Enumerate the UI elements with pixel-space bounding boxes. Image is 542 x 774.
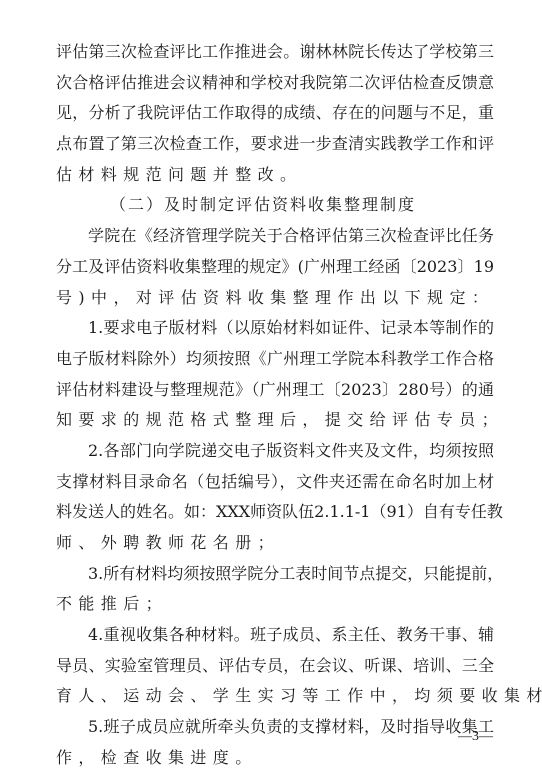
text-line: 导员、实验室管理员、评估专员，在会议、听课、培训、三全: [56, 651, 494, 682]
text-line: 点布置了第三次检查工作，要求进一步查清实践教学工作和评: [56, 129, 494, 160]
paragraph-meeting-summary: 评估第三次检查评比工作推进会。谢林林院长传达了学校第三 次合格评估推进会议精神和…: [56, 37, 494, 190]
paragraph-regulation-intro: 学院在《经济管理学院关于合格评估第三次检查评比任务 分工及评估资料收集整理的规定…: [56, 221, 494, 313]
text-line: 评估材料建设与整理规范》（广州理工〔2023〕280号）的通: [56, 375, 494, 406]
list-item-2: 2.各部门向学院递交电子版资料文件夹及文件，均须按照 支撑材料目录命名（包括编号…: [56, 436, 494, 559]
text-line: 见，分析了我院评估工作取得的成绩、存在的问题与不足，重: [56, 98, 494, 129]
text-line: 5.班子成员应就所牵头负责的支撑材料，及时指导收集工: [56, 712, 494, 743]
text-line: 4.重视收集各种材料。班子成员、系主任、教务干事、辅: [56, 620, 494, 651]
text-line: 次合格评估推进会议精神和学校对我院第二次评估检查反馈意: [56, 68, 494, 99]
text-line: 分工及评估资料收集整理的规定》(广州理工经函〔2023〕19: [56, 252, 494, 283]
text-line: 不能推后；: [56, 589, 494, 620]
text-line: 号)中，对评估资料收集整理作出以下规定：: [56, 283, 494, 314]
text-line: 1.要求电子版材料（以原始材料如证件、记录本等制作的: [56, 313, 494, 344]
text-line: 评估第三次检查评比工作推进会。谢林林院长传达了学校第三: [56, 37, 494, 68]
list-item-5: 5.班子成员应就所牵头负责的支撑材料，及时指导收集工 作，检查收集进度。: [56, 712, 494, 773]
text-line: 作，检查收集进度。: [56, 743, 494, 774]
text-line: 师、外聘教师花名册；: [56, 528, 494, 559]
text-line: 料发送人的姓名。如：XXX师资队伍2.1.1-1（91）自有专任教: [56, 497, 494, 528]
text-line: 电子版材料除外）均须按照《广州理工学院本科教学工作合格: [56, 344, 494, 375]
text-line: 知要求的规范格式整理后，提交给评估专员；: [56, 405, 494, 436]
page-content: 评估第三次检查评比工作推进会。谢林林院长传达了学校第三 次合格评估推进会议精神和…: [56, 37, 494, 774]
document-page: 评估第三次检查评比工作推进会。谢林林院长传达了学校第三 次合格评估推进会议精神和…: [0, 0, 542, 774]
page-number: —3—: [458, 729, 493, 745]
text-line: 支撑材料目录命名（包括编号），文件夹还需在命名时加上材: [56, 467, 494, 498]
text-line: 育人、运动会、学生实习等工作中，均须要收集材料；: [56, 681, 494, 712]
text-line: 学院在《经济管理学院关于合格评估第三次检查评比任务: [56, 221, 494, 252]
list-item-1: 1.要求电子版材料（以原始材料如证件、记录本等制作的 电子版材料除外）均须按照《…: [56, 313, 494, 436]
text-line: 3.所有材料均须按照学院分工表时间节点提交，只能提前，: [56, 559, 494, 590]
list-item-4: 4.重视收集各种材料。班子成员、系主任、教务干事、辅 导员、实验室管理员、评估专…: [56, 620, 494, 712]
section-heading: （二）及时制定评估资料收集整理制度: [56, 190, 494, 221]
text-line: 2.各部门向学院递交电子版资料文件夹及文件，均须按照: [56, 436, 494, 467]
text-line: 估材料规范问题并整改。: [56, 160, 494, 191]
list-item-3: 3.所有材料均须按照学院分工表时间节点提交，只能提前， 不能推后；: [56, 559, 494, 620]
